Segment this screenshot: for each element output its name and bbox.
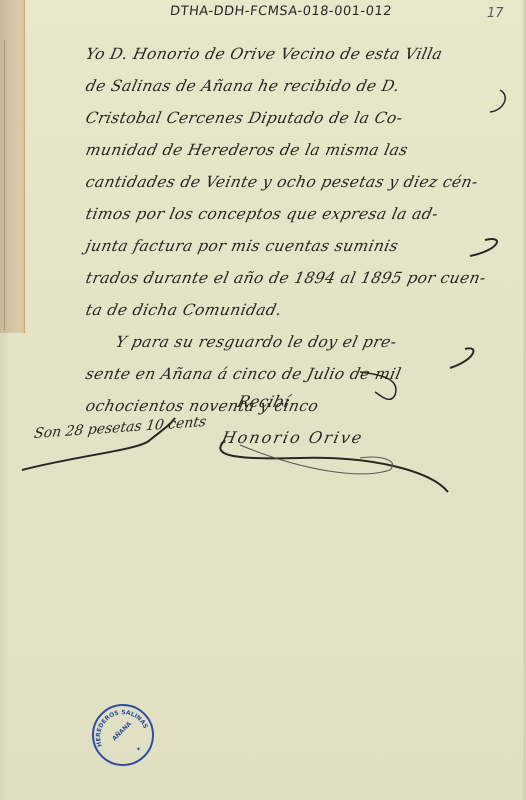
body-line: Yo D. Honorio de Orive Vecino de esta Vi… <box>83 38 520 70</box>
binding-edge <box>0 333 8 800</box>
binding-fold-line <box>4 40 5 330</box>
body-line: Y para su resguardo le doy el pre- <box>83 326 520 358</box>
receipt-word: Recibí <box>235 392 291 411</box>
body-line: timos por los conceptos que expresa la a… <box>83 198 520 230</box>
body-line: de Salinas de Añana he recibido de D. <box>83 70 520 102</box>
body-line: sente en Añana á cinco de Julio de mil <box>83 358 520 390</box>
stamp-star-icon: ✦ <box>136 746 141 753</box>
binding-strip <box>0 0 25 333</box>
body-line: trados durante el año de 1894 al 1895 po… <box>83 262 520 294</box>
folio-number: 17 <box>487 6 504 21</box>
body-line: munidad de Herederos de la misma las <box>83 134 520 166</box>
signature: Honorio Orive <box>220 428 365 447</box>
body-line: junta factura por mis cuentas suminis <box>83 230 520 262</box>
archive-stamp: HEREDEROS SALINAS AÑANA ✦ <box>92 704 154 766</box>
body-line: cantidades de Veinte y ocho pesetas y di… <box>83 166 520 198</box>
archive-code: DTHA-DDH-FCMSA-018-001-012 <box>169 4 392 19</box>
handwritten-body: Yo D. Honorio de Orive Vecino de esta Vi… <box>86 38 516 422</box>
body-line: ta de dicha Comunidad. <box>83 294 520 326</box>
body-line: Cristobal Cercenes Diputado de la Co- <box>83 102 520 134</box>
document-page: DTHA-DDH-FCMSA-018-001-012 17 Yo D. Hono… <box>0 0 526 800</box>
